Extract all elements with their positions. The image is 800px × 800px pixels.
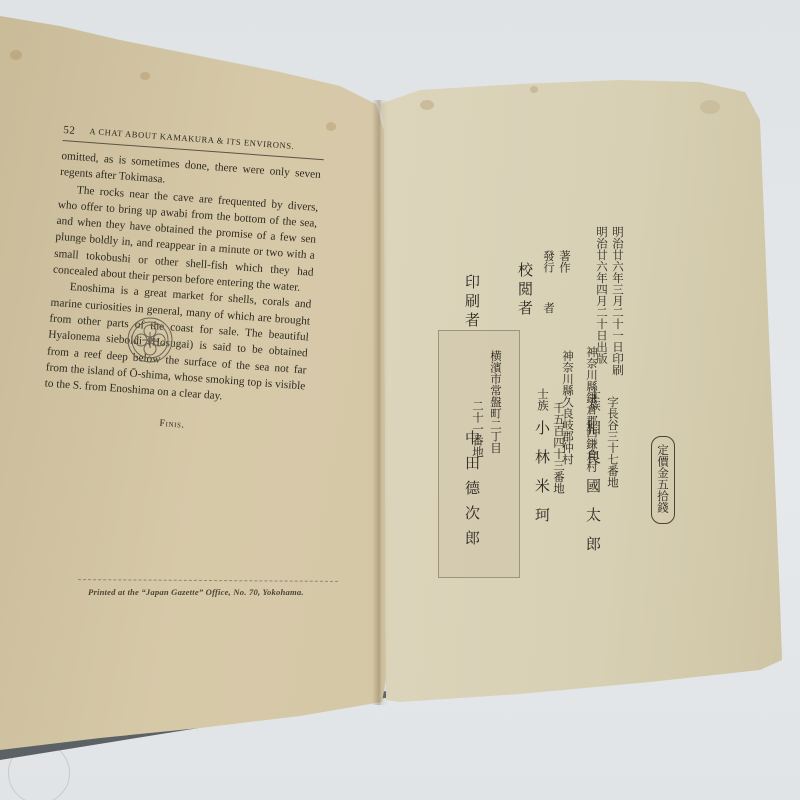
publish-date: 明治廿六年四月二十日出版 xyxy=(594,226,610,364)
editor-name: 小林米珂 xyxy=(532,420,553,536)
editor-address-2: 千五百四十三番地 xyxy=(551,402,567,494)
editor-rank: 士族 xyxy=(535,388,551,411)
print-date: 明治廿六年三月二十一日印刷 xyxy=(610,226,626,376)
author-label: 著作 xyxy=(557,250,573,273)
label-suffix: 者 xyxy=(541,302,557,314)
printer-address: 横濱市常盤町二丁目 xyxy=(488,350,504,454)
author-rank: 士族 xyxy=(587,388,603,411)
colophon: 明治廿六年三月二十一日印刷 明治廿六年四月二十日出版 定價金五拾錢 神奈川縣鎌倉… xyxy=(0,0,800,800)
printer-name: 中田德次郎 xyxy=(462,430,483,555)
author-address-2: 字長谷三十七番地 xyxy=(605,396,621,488)
price-label: 定價金五拾錢 xyxy=(655,444,671,513)
publisher-label: 發行 xyxy=(541,250,557,273)
printer-label: 印刷者 xyxy=(462,274,483,331)
author-name: 相良國太郎 xyxy=(583,420,604,565)
editor-label: 校閲者 xyxy=(515,262,536,319)
